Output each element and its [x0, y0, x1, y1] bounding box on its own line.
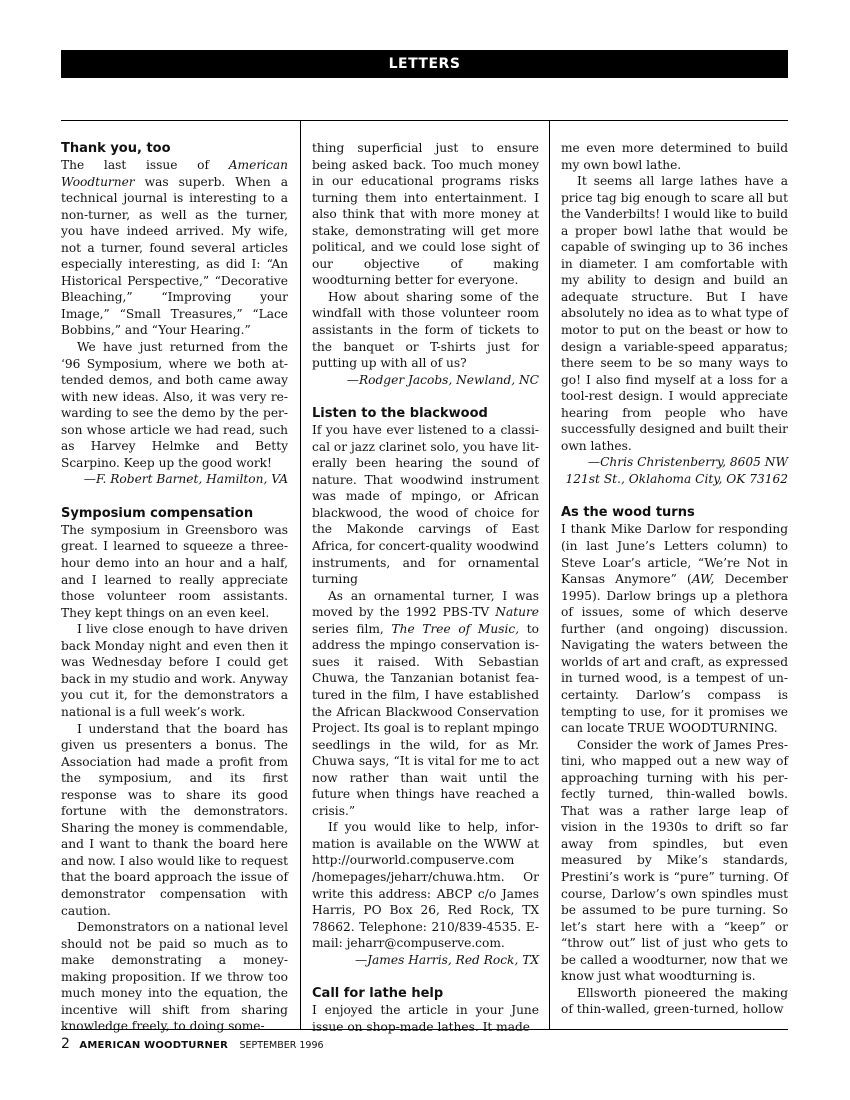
- issue-date: SEPTEMBER 1996: [239, 1040, 323, 1051]
- column-2: thing superficial just to ensure being a…: [312, 140, 539, 1035]
- letter-paragraph: I understand that the board has given us…: [61, 721, 288, 920]
- letter-heading: Thank you, too: [61, 140, 288, 157]
- letter-heading: As the wood turns: [561, 504, 788, 521]
- letter-paragraph: I thank Mike Darlow for responding (in l…: [561, 521, 788, 736]
- section-banner: LETTERS: [61, 50, 788, 78]
- letter-paragraph: thing superficial just to ensure being a…: [312, 140, 539, 289]
- letter-paragraph: The last issue of American Woodturner wa…: [61, 157, 288, 339]
- letter-heading: Listen to the blackwood: [312, 405, 539, 422]
- letter-paragraph: Demonstrators on a national level should…: [61, 919, 288, 1035]
- letter-paragraph: We have just returned from the ‘96 Sympo…: [61, 339, 288, 471]
- letter-paragraph: me even more determined to build my own …: [561, 140, 788, 173]
- letter-paragraph: I live close enough to have driven back …: [61, 621, 288, 720]
- letter-signature: —Chris Christenberry, 8605 NW 121st St.,…: [561, 454, 788, 487]
- letter-paragraph: The symposium in Greensboro was great. I…: [61, 522, 288, 621]
- letter-paragraph: How about sharing some of the windfall w…: [312, 289, 539, 372]
- letter-paragraph: If you have ever listened to a classi­ca…: [312, 422, 539, 587]
- column-divider-1: [300, 120, 301, 1030]
- column-divider-2: [549, 120, 550, 1030]
- page-number: 2: [61, 1036, 70, 1052]
- spacer: [312, 388, 539, 405]
- section-title: LETTERS: [389, 56, 461, 72]
- letter-paragraph: Consider the work of James Pres­tini, wh…: [561, 737, 788, 985]
- letter-signature: —Rodger Jacobs, Newland, NC: [312, 372, 539, 389]
- magazine-name: AMERICAN WOODTURNER: [79, 1040, 228, 1051]
- letter-heading: Symposium compensation: [61, 505, 288, 522]
- page-footer: 2 AMERICAN WOODTURNER SEPTEMBER 1996: [61, 1036, 324, 1052]
- letter-heading: Call for lathe help: [312, 985, 539, 1002]
- letter-paragraph: It seems all large lathes have a price t…: [561, 173, 788, 454]
- spacer: [312, 968, 539, 985]
- column-1: Thank you, tooThe last issue of American…: [61, 140, 288, 1035]
- letter-paragraph: I enjoyed the article in your June issue…: [312, 1002, 539, 1035]
- spacer: [61, 488, 288, 505]
- letter-paragraph: As an ornamental turner, I was moved by …: [312, 588, 539, 820]
- letter-paragraph: Ellsworth pioneered the making of thin-w…: [561, 985, 788, 1018]
- letter-signature: —F. Robert Barnet, Hamilton, VA: [61, 471, 288, 488]
- letter-paragraph: If you would like to help, infor­mation …: [312, 819, 539, 951]
- spacer: [561, 487, 788, 504]
- top-rule: [61, 120, 788, 121]
- letter-signature: —James Harris, Red Rock, TX: [312, 952, 539, 969]
- column-3: me even more determined to build my own …: [561, 140, 788, 1018]
